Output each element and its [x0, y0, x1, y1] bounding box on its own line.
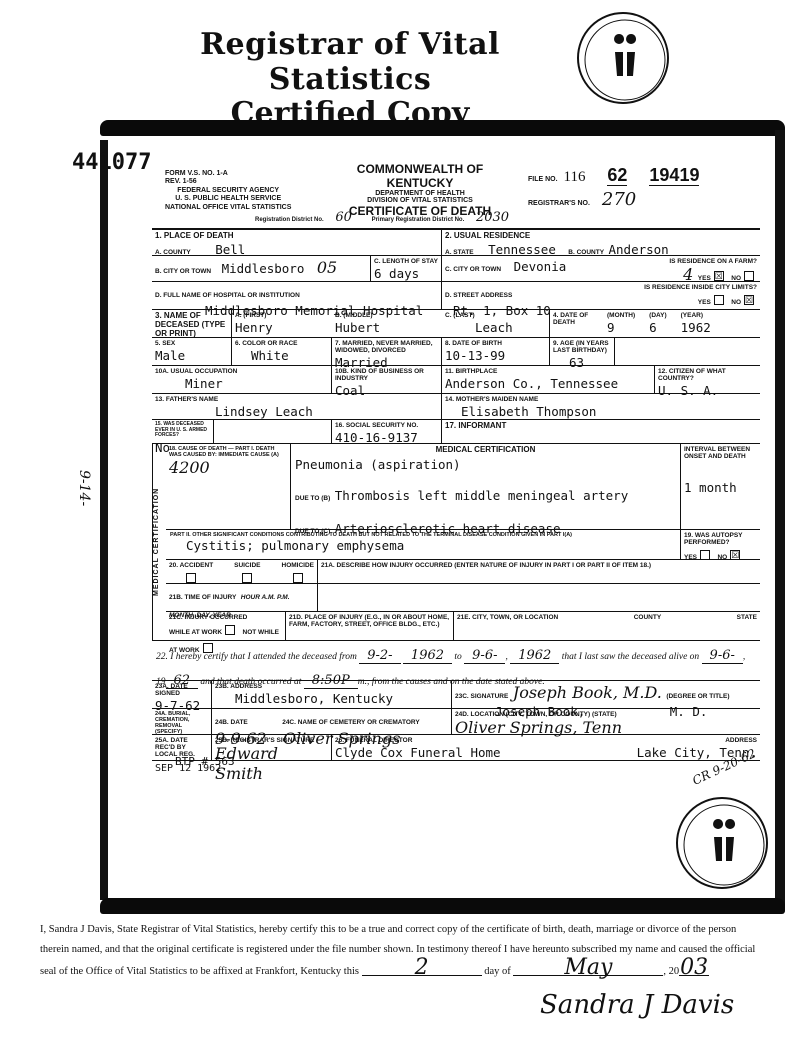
day-label: (Day) — [649, 312, 666, 319]
registration-district-value: 60 — [335, 210, 352, 225]
attended-to-year: 1962 — [510, 648, 559, 664]
document-title: Registrar of Vital Statistics Certified … — [150, 28, 550, 132]
serial-number: 441077 — [72, 150, 151, 175]
margin-note: 9-14- — [76, 470, 92, 506]
bottom-border-band — [100, 898, 785, 914]
father-name: Lindsey Leach — [215, 404, 313, 419]
form-info: FORM V.S. NO. 1-A REV. 1-56 FEDERAL SECU… — [165, 170, 291, 212]
armed-forces-label: 15. WAS DECEASED EVER IN U. S. ARMED FOR… — [155, 422, 210, 439]
residence-section: 2. USUAL RESIDENCE a. STATE Tennessee b.… — [442, 230, 760, 309]
registrar-number: REGISTRAR'S NO. 270 — [528, 189, 758, 210]
race-label: 6. COLOR OR RACE — [235, 340, 328, 347]
district-line: Registration District No. 60 Primary Reg… — [255, 210, 527, 225]
farm-label: IS RESIDENCE ON A FARM? — [627, 258, 757, 265]
division: DIVISION OF VITAL STATISTICS — [340, 197, 500, 204]
farm-no-label: NO — [731, 275, 741, 282]
limits-no-checkbox[interactable]: ☒ — [744, 295, 754, 305]
injury-state-label: STATE — [737, 614, 757, 638]
attest-to-label: to — [454, 652, 461, 662]
year-prefix: , 20 — [663, 966, 679, 977]
homicide-checkbox[interactable] — [293, 573, 303, 583]
attest-text-2: that I last saw the deceased alive on — [562, 652, 699, 662]
cert-month: May — [513, 961, 663, 976]
injury-desc-label: 21a. DESCRIBE HOW INJURY OCCURRED (Enter… — [321, 562, 757, 569]
file-no-number: 19419 — [649, 165, 699, 186]
last-seen-date: 9-6- — [702, 648, 743, 664]
agency: FEDERAL SECURITY AGENCY — [165, 187, 291, 195]
address-label: 23b. ADDRESS — [215, 683, 448, 690]
cert-day: 2 — [362, 961, 482, 976]
while-at-work-checkbox[interactable] — [225, 625, 235, 635]
state-registrar-signature: Sandra J Davis — [540, 990, 734, 1020]
date-signed-label: 23a. DATE SIGNED — [155, 683, 208, 697]
stay-label: c. LENGTH OF STAY — [374, 258, 438, 265]
immediate-cause: Pneumonia (aspiration) — [295, 455, 676, 474]
cert-year: 03 — [679, 961, 709, 976]
accident-label: 20. ACCIDENT — [169, 562, 213, 569]
injury-city-label: 21e. CITY, TOWN, OR LOCATION — [457, 614, 558, 638]
informant-label: 17. INFORMANT — [445, 422, 757, 431]
farm-no-checkbox[interactable] — [744, 271, 754, 281]
cause-code: 4200 — [169, 458, 287, 477]
sex: Male — [155, 348, 185, 363]
city-label: b. CITY OR TOWN — [155, 268, 211, 275]
month-label: (Month) — [607, 312, 635, 319]
res-city: Devonia — [514, 259, 567, 274]
physician-address: Middlesboro, Kentucky — [235, 691, 393, 706]
primary-district-label: Primary Registration District No. — [372, 217, 465, 223]
cemetery-label: 24c. NAME OF CEMETERY OR CREMATORY — [282, 719, 419, 726]
res-city-label: c. CITY OR TOWN — [445, 266, 501, 273]
dob-label: 8. DATE OF BIRTH — [445, 340, 546, 347]
suicide-label: SUICIDE — [234, 562, 260, 569]
citizen-label: 12. CITIZEN OF WHAT COUNTRY? — [658, 368, 757, 382]
name-label: 3. NAME OF DECEASED (Type or Print) — [155, 312, 228, 338]
interval-b: 1 month — [684, 480, 757, 495]
age-label: 9. AGE (In years last birthday) — [553, 340, 611, 354]
year-label: (Year) — [681, 312, 711, 319]
injury-time-label: 21b. TIME OF INJURY — [169, 594, 236, 601]
father-label: 13. FATHER'S NAME — [155, 396, 438, 403]
autopsy-no-checkbox[interactable]: ☒ — [730, 550, 740, 560]
injury-work-label: 21c. INJURY OCCURRED — [169, 614, 282, 621]
degree-label: (Degree or title) — [666, 693, 729, 700]
form-revision: REV. 1-56 — [165, 178, 291, 186]
injury-county-label: COUNTY — [634, 614, 661, 638]
date-of-death-label: 4. DATE OF DEATH — [553, 312, 593, 335]
top-border-band — [100, 120, 785, 136]
btp-number: BTP # 563 — [175, 755, 235, 768]
cause-label: 18. CAUSE OF DEATH — PART I. DEATH WAS C… — [169, 446, 287, 458]
limits-yes-checkbox[interactable] — [714, 295, 724, 305]
title-line-1: Registrar of Vital Statistics — [150, 28, 550, 97]
medical-heading: MEDICAL CERTIFICATION — [295, 446, 676, 455]
social-security-number: 410-16-9137 — [335, 430, 418, 445]
hospital-label: d. FULL NAME OF HOSPITAL OR INSTITUTION — [155, 292, 300, 299]
date-of-birth: 10-13-99 — [445, 348, 505, 363]
first-name: Henry — [235, 320, 273, 335]
first-label: a. (First) — [235, 312, 329, 319]
burial-label: 24a. BURIAL, CREMATION, REMOVAL (Specify… — [155, 711, 208, 735]
right-border — [775, 130, 785, 910]
length-of-stay: 6 days — [374, 266, 419, 281]
funeral-address-label: ADDRESS — [637, 737, 757, 744]
birthplace-label: 11. BIRTHPLACE — [445, 368, 651, 375]
physician-signature: Joseph Book, M.D. — [513, 683, 662, 702]
marital-label: 7. MARRIED, NEVER MARRIED, WIDOWED, DIVO… — [335, 340, 438, 354]
residence-label: 2. USUAL RESIDENCE — [445, 232, 757, 241]
homicide-label: HOMICIDE — [282, 562, 315, 569]
res-state-label: a. STATE — [445, 249, 474, 256]
service: U. S. PUBLIC HEALTH SERVICE — [165, 195, 291, 203]
res-county: Anderson — [609, 242, 669, 257]
city-code: 05 — [317, 258, 337, 277]
street-label: d. STREET ADDRESS — [445, 292, 512, 299]
registrar-no-value: 270 — [602, 189, 636, 210]
day-of-label: day of — [484, 966, 511, 977]
ssn-label: 16. SOCIAL SECURITY NO. — [335, 422, 438, 429]
death-city: Middlesboro — [222, 261, 305, 276]
occupation: Miner — [185, 376, 223, 391]
file-no-label: FILE NO. — [528, 176, 558, 183]
registrar-sig-label: 25b. REGISTRAR'S SIGNATURE — [215, 737, 328, 744]
limits-yes-label: YES — [698, 299, 711, 306]
business-label: 10b. KIND OF BUSINESS OR INDUSTRY — [335, 368, 438, 382]
left-border — [100, 140, 108, 900]
place-of-death-label: 1. PLACE OF DEATH — [155, 232, 438, 241]
registrar-no-label: REGISTRAR'S NO. — [528, 200, 590, 207]
autopsy-label: 19. WAS AUTOPSY PERFORMED? — [684, 532, 757, 546]
middle-label: b. (Middle) — [335, 312, 439, 319]
last-name: Leach — [475, 320, 513, 335]
part2-conditions: Cystitis; pulmonary emphysema — [186, 538, 676, 553]
not-at-work-checkbox[interactable] — [203, 643, 213, 653]
attended-from: 9-2- — [359, 648, 400, 664]
death-month: 9 — [607, 320, 615, 335]
state-name: COMMONWEALTH OF KENTUCKY — [340, 162, 500, 190]
middle-name: Hubert — [335, 320, 380, 335]
injury-place-label: 21d. PLACE OF INJURY (e.g., in or about … — [289, 614, 450, 628]
accident-checkbox[interactable] — [186, 573, 196, 583]
limits-no-label: NO — [731, 299, 741, 306]
autopsy-yes-checkbox[interactable] — [700, 550, 710, 560]
attended-from-year: 1962 — [403, 648, 452, 664]
burial-location-label: 24d. LOCATION (City, town, or county) (S… — [455, 711, 757, 718]
farm-yes-checkbox[interactable]: ☒ — [714, 271, 724, 281]
file-no-prefix: 116 — [564, 169, 586, 185]
form-number: FORM V.S. NO. 1-A — [165, 170, 291, 178]
occupation-label: 10a. USUAL OCCUPATION — [155, 368, 328, 375]
suicide-checkbox[interactable] — [242, 573, 252, 583]
mother-label: 14. MOTHER'S MAIDEN NAME — [445, 396, 757, 403]
last-label: c. (Last) — [445, 312, 546, 319]
race: White — [251, 348, 289, 363]
farm-code: 4 — [683, 265, 693, 284]
medical-certification-section: MEDICAL CERTIFICATION 18. CAUSE OF DEATH… — [152, 444, 760, 641]
mother-name: Elisabeth Thompson — [461, 404, 596, 419]
funeral-director: Clyde Cox Funeral Home — [335, 745, 501, 760]
registration-district-label: Registration District No. — [255, 217, 324, 223]
death-day: 6 — [649, 320, 657, 335]
attended-to: 9-6- — [464, 648, 505, 664]
res-state: Tennessee — [488, 242, 556, 257]
file-no-year: 62 — [607, 165, 627, 186]
death-county: Bell — [215, 242, 245, 257]
res-county-label: b. COUNTY — [568, 249, 604, 256]
farm-yes-label: YES — [698, 275, 711, 282]
registrar-certification: I, Sandra J Davis, State Registrar of Vi… — [40, 920, 760, 982]
county-label: a. COUNTY — [155, 249, 191, 256]
kentucky-seal-bottom-icon — [676, 797, 768, 889]
burial-date-label: 24b. DATE — [215, 719, 248, 726]
department: DEPARTMENT OF HEALTH — [340, 190, 500, 197]
interval-label: INTERVAL BETWEEN ONSET AND DEATH — [684, 446, 757, 460]
city-limits-label: IS RESIDENCE INSIDE CITY LIMITS? — [597, 284, 757, 291]
medical-side-label: MEDICAL CERTIFICATION — [152, 444, 166, 640]
death-year: 1962 — [681, 320, 711, 335]
due-to-b: Thrombosis left middle meningeal artery — [335, 488, 629, 503]
sex-label: 5. SEX — [155, 340, 228, 347]
signature-label: 23c. SIGNATURE — [455, 693, 508, 700]
primary-district-value: 2030 — [476, 210, 509, 225]
birthplace: Anderson Co., Tennessee — [445, 376, 618, 391]
certificate-form: 1. PLACE OF DEATH a. COUNTY Bell b. CITY… — [152, 228, 760, 761]
kentucky-seal-icon — [577, 12, 669, 104]
funeral-director-label: 26. FUNERAL DIRECTOR — [335, 737, 501, 744]
while-at-work-label: WHILE AT WORK — [169, 629, 222, 636]
due-to-b-label: DUE TO (b) — [295, 495, 330, 502]
place-of-death-section: 1. PLACE OF DEATH a. COUNTY Bell b. CITY… — [152, 230, 442, 309]
file-number: FILE NO. 116 62 19419 — [528, 165, 699, 186]
